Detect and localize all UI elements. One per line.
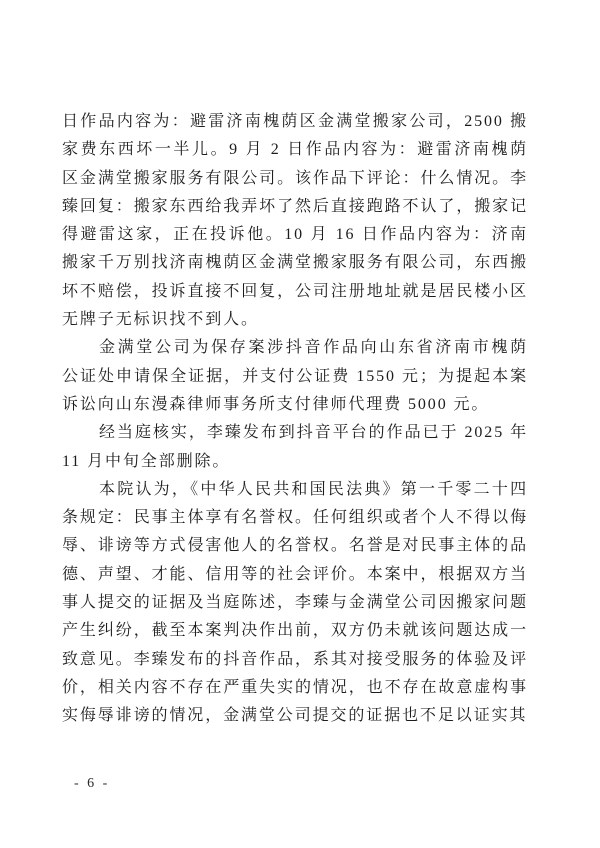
paragraph-court-verification: 经当庭核实，李臻发布到抖音平台的作品已于 2025 年 11 月中旬全部删除。 — [62, 419, 528, 476]
page-number: - 6 - — [74, 776, 110, 792]
paragraph-douyin-posts-continuation: 日作品内容为：避雷济南槐荫区金满堂搬家公司，2500 搬家费东西坏一半儿。9 月… — [62, 108, 528, 334]
document-page: 日作品内容为：避雷济南槐荫区金满堂搬家公司，2500 搬家费东西坏一半儿。9 月… — [0, 0, 600, 848]
paragraph-notary-and-lawyer-fees: 金满堂公司为保存案涉抖音作品向山东省济南市槐荫公证处申请保全证据，并支付公证费 … — [62, 334, 528, 419]
paragraph-court-opinion: 本院认为，《中华人民共和国民法典》第一千零二十四条规定：民事主体享有名誉权。任何… — [62, 476, 528, 731]
document-body: 日作品内容为：避雷济南槐荫区金满堂搬家公司，2500 搬家费东西坏一半儿。9 月… — [62, 108, 528, 731]
